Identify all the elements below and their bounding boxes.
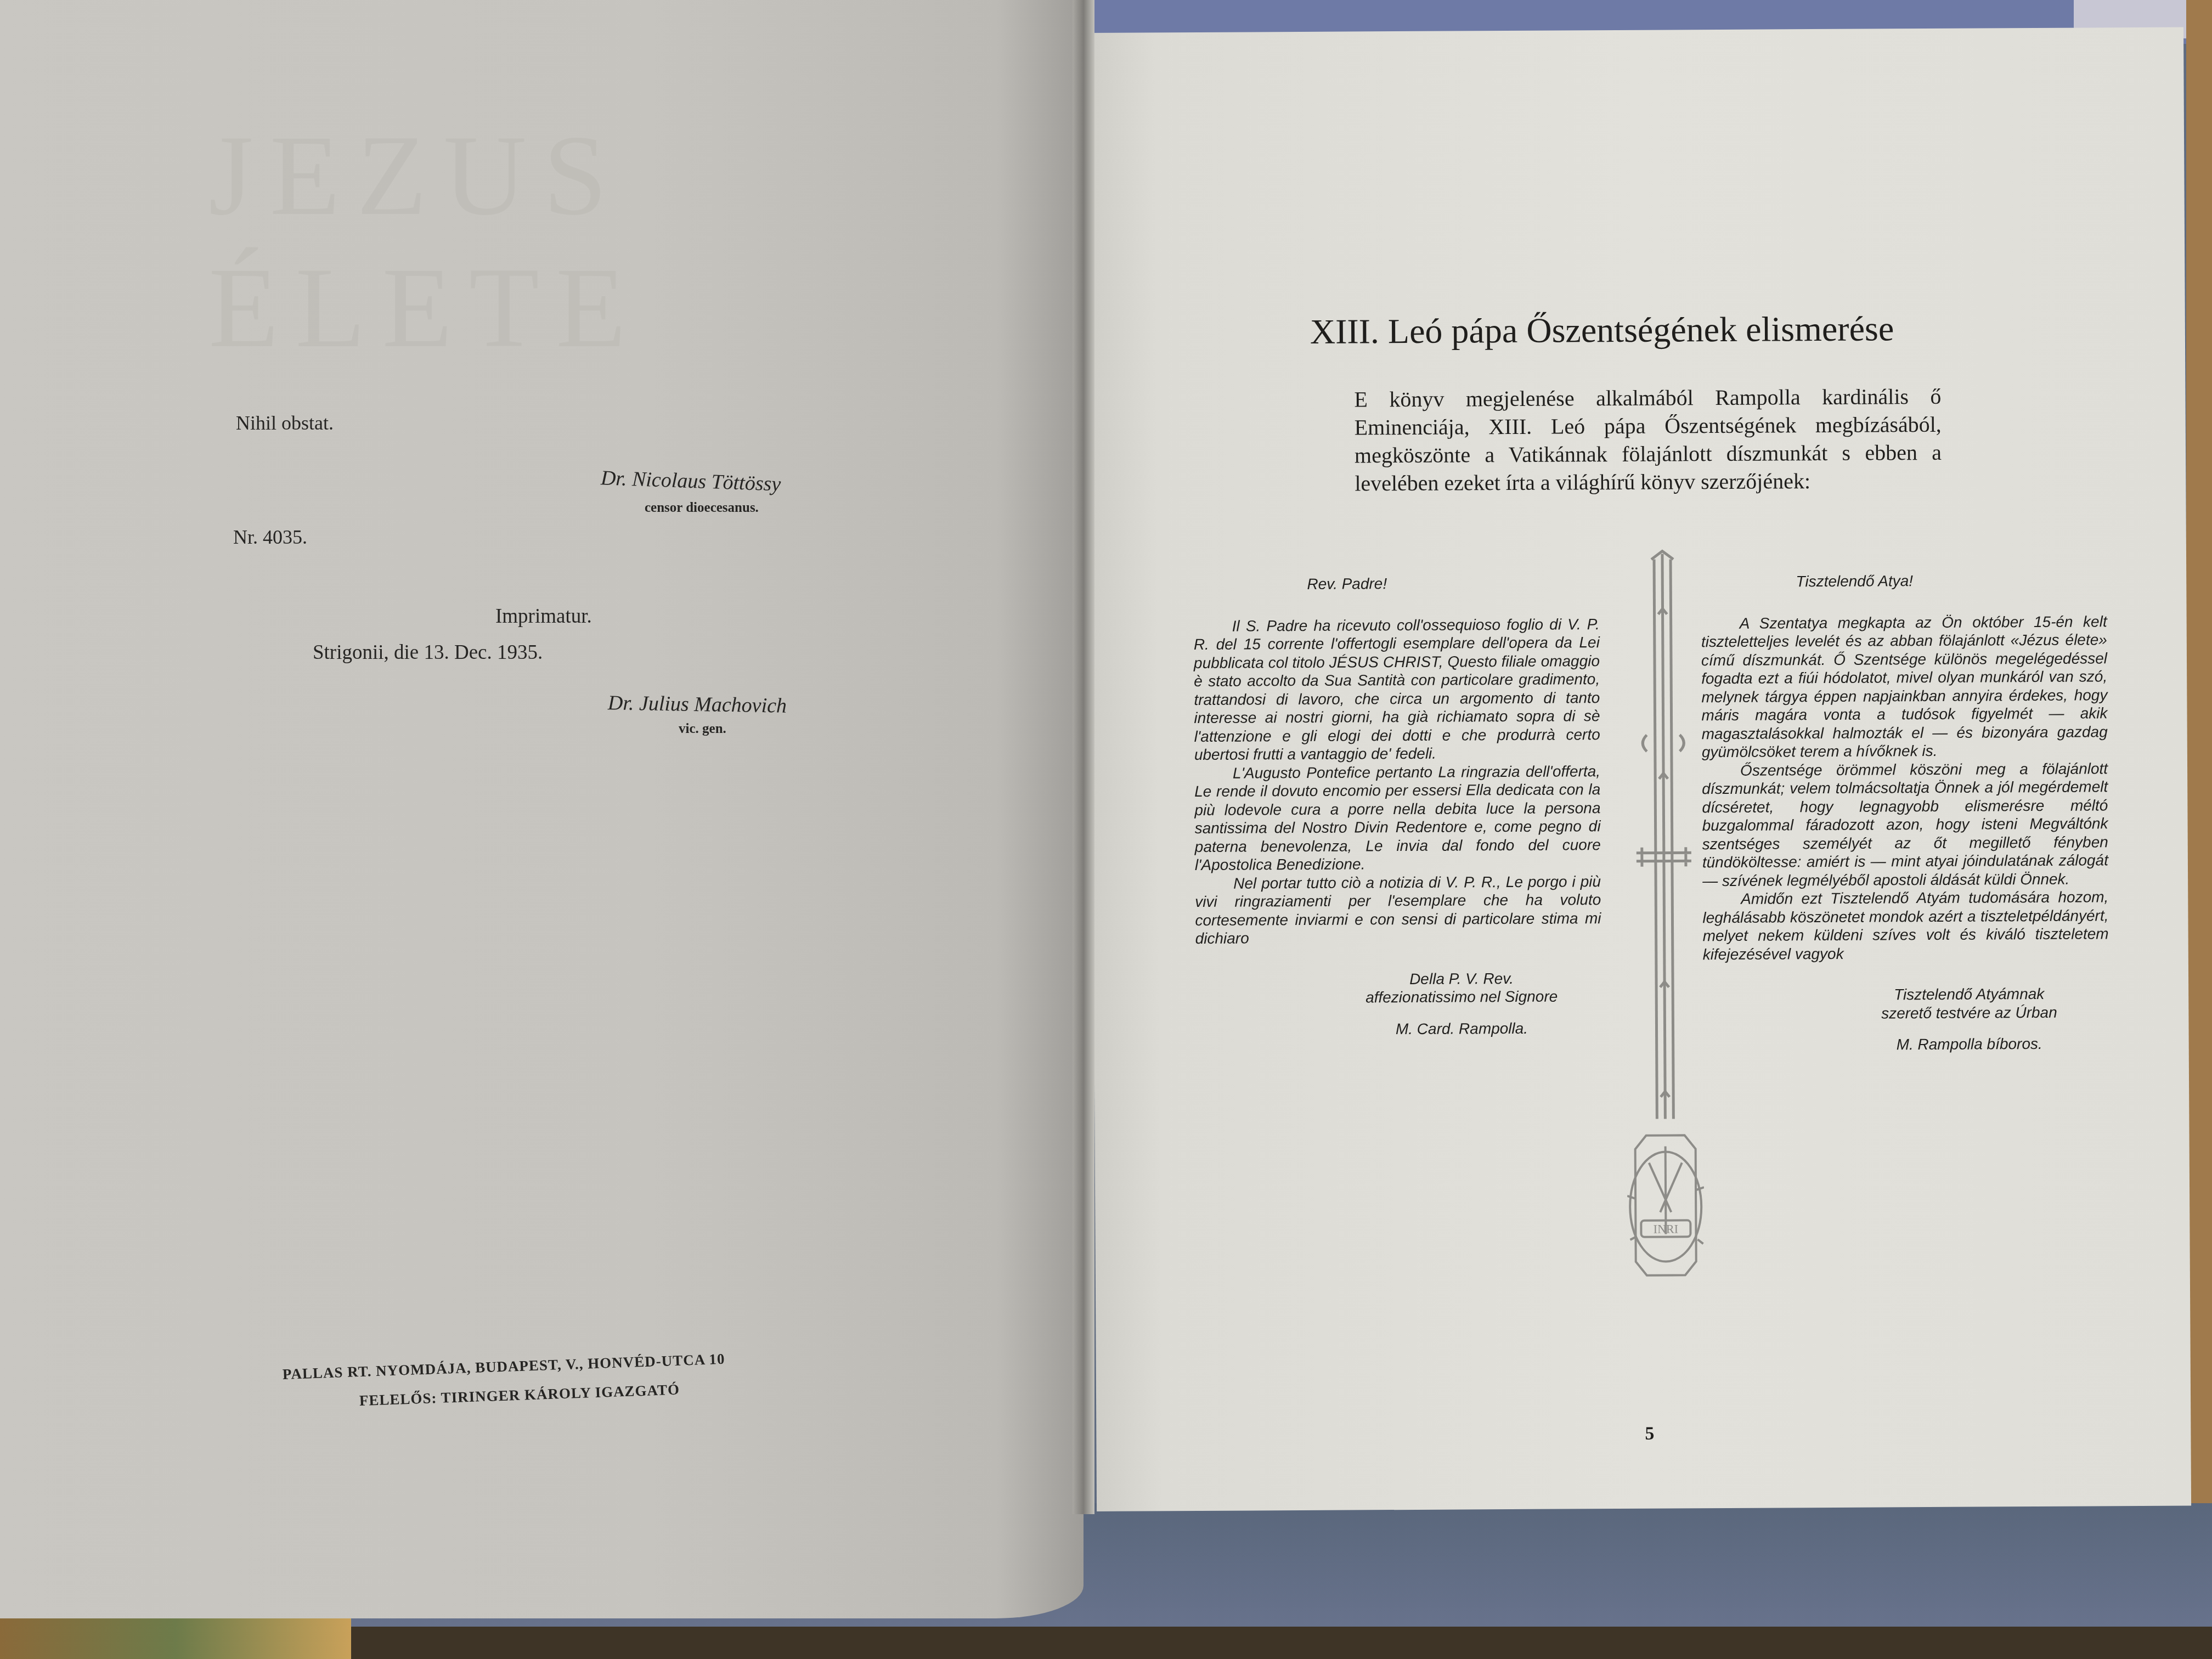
right-page-content: XIII. Leó pápa Őszentségének elismerése …	[1089, 27, 2191, 1511]
italian-closing-line-2: affezionatissimo nel Signore	[1322, 987, 1601, 1007]
hungarian-closing-line-2: szerető testvére az Úrban	[1829, 1003, 2109, 1023]
place-date: Strigonii, die 13. Dec. 1935.	[313, 641, 543, 664]
left-page-content: JEZUS ÉLETE Nihil obstat. Dr. Nicolaus T…	[0, 0, 1084, 1618]
hungarian-salutation: Tisztelendő Atya!	[1701, 571, 2107, 591]
hungarian-paragraph: Amidőn ezt Tisztelendő Atyám tudomására …	[1702, 888, 2109, 963]
italian-closing-line-1: Della P. V. Rev.	[1322, 969, 1601, 989]
page-number: 5	[1645, 1424, 1654, 1444]
crown-of-thorns-emblem-icon	[1627, 1135, 1705, 1276]
hungarian-signature: M. Rampolla bíboros.	[1703, 1034, 2109, 1054]
approval-number: Nr. 4035.	[233, 526, 307, 549]
printer-line-1: PALLAS RT. NYOMDÁJA, BUDAPEST, V., HONVÉ…	[282, 1351, 725, 1383]
italian-paragraph: Il S. Padre ha ricevuto coll'ossequioso …	[1194, 615, 1600, 764]
italian-closing: Della P. V. Rev. affezionatissimo nel Si…	[1195, 969, 1601, 1008]
hungarian-letter: Tisztelendő Atya! A Szentatya megkapta a…	[1701, 571, 2109, 1054]
printer-line-2: FELELŐS: TIRINGER KÁROLY IGAZGATÓ	[359, 1381, 680, 1409]
emblem-text: INRI	[1654, 1222, 1678, 1235]
italian-paragraph: Nel portar tutto ciò a notizia di V. P. …	[1195, 872, 1601, 948]
italian-salutation: Rev. Padre!	[1193, 573, 1599, 594]
intro-paragraph: E könyv megjelenése alkalmából Rampolla …	[1354, 382, 1942, 498]
hungarian-closing: Tisztelendő Atyámnak szerető testvére az…	[1703, 984, 2109, 1023]
censor-title: censor dioecesanus.	[645, 500, 759, 516]
italian-paragraph: L'Augusto Pontefice pertanto La ringrazi…	[1194, 762, 1601, 874]
vicar-name: Dr. Julius Machovich	[608, 691, 787, 718]
page-title: XIII. Leó pápa Őszentségének elismerése	[1310, 308, 1894, 352]
cross-ornament-icon: INRI	[1624, 548, 1705, 1317]
hungarian-paragraph: Őszentsége örömmel köszöni meg a fölaján…	[1702, 759, 2108, 890]
background-floor	[329, 1627, 2212, 1659]
vicar-title: vic. gen.	[679, 721, 726, 737]
hungarian-paragraph: A Szentatya megkapta az Ön október 15-én…	[1701, 612, 2108, 761]
show-through-text: JEZUS ÉLETE	[208, 110, 1084, 374]
italian-signature: M. Card. Rampolla.	[1195, 1019, 1601, 1039]
italian-letter: Rev. Padre! Il S. Padre ha ricevuto coll…	[1193, 573, 1601, 1039]
censor-name: Dr. Nicolaus Töttössy	[600, 466, 781, 496]
hungarian-closing-line-1: Tisztelendő Atyámnak	[1829, 984, 2109, 1004]
nihil-obstat: Nihil obstat.	[236, 411, 334, 435]
imprimatur: Imprimatur.	[495, 605, 592, 628]
